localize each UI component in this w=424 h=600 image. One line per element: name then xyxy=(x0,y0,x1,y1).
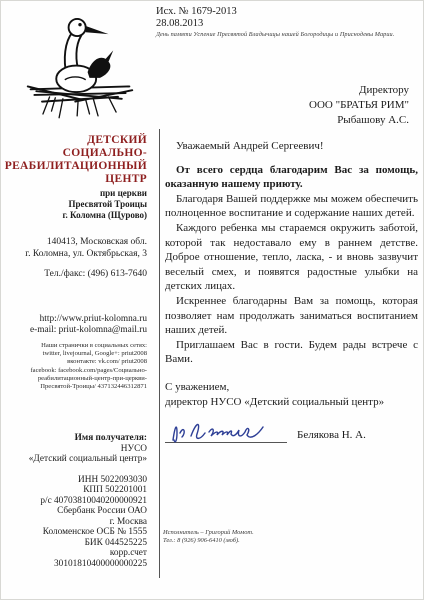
ref-date: 28.08.2013 xyxy=(156,18,237,30)
executor-note: Исполнитель – Григорий Момот. Тел.: 8 (9… xyxy=(163,529,254,546)
paragraph-support: Благодаря Вашей поддержке мы можем обесп… xyxy=(165,192,418,221)
postal-address: 140413, Московская обл. г. Коломна, ул. … xyxy=(1,236,147,260)
sidebar-divider xyxy=(159,129,160,578)
website-url: http://www.priut-kolomna.ru xyxy=(0,314,147,325)
handwritten-signature xyxy=(167,414,287,451)
email-address: e-mail: priut-kolomna@mail.ru xyxy=(0,325,147,336)
recipient-line: Директору xyxy=(309,83,409,98)
paragraph-grateful: Искреннее благодарны Вам за помощь, кото… xyxy=(165,294,418,338)
bank-recipient-label: Имя получателя: xyxy=(0,433,147,444)
recipient-line: Рыбашову А.С. xyxy=(309,113,409,128)
ref-number: Исх. № 1679-2013 xyxy=(156,6,237,18)
social-links: Наши странички в социальных сетях: twitt… xyxy=(0,342,147,391)
church-affiliation: при церкви Пресвятой Троицы г. Коломна (… xyxy=(1,188,147,221)
stork-in-nest-logo-icon xyxy=(23,9,137,123)
paragraph-thanks: От всего сердца благодарим Вас за помощь… xyxy=(165,163,418,192)
paragraph-care: Каждого ребенка мы стараемся окружить за… xyxy=(165,221,418,294)
recipient-line: ООО "БРАТЬЯ РИМ" xyxy=(309,98,409,113)
web-contacts: http://www.priut-kolomna.ru e-mail: priu… xyxy=(0,314,147,337)
org-title: ДЕТСКИЙ СОЦИАЛЬНО- РЕАБИЛИТАЦИОННЫЙ ЦЕНТ… xyxy=(1,134,147,186)
recipient-block: Директору ООО "БРАТЬЯ РИМ" Рыбашову А.С. xyxy=(309,83,409,128)
signature-row: Белякова Н. А. xyxy=(165,418,418,452)
feast-note: День памяти Успение Пресвятой Владычицы … xyxy=(156,31,418,38)
letter-page: Исх. № 1679-2013 28.08.2013 День памяти … xyxy=(0,0,424,600)
letter-body: Уважаемый Андрей Сергеевич! От всего сер… xyxy=(165,139,418,452)
paragraph-invite: Приглашаем Вас в гости. Будем рады встре… xyxy=(165,338,418,367)
phone-fax: Тел./факс: (496) 613-7640 xyxy=(1,269,147,279)
closing-block: С уважением, директор НУСО «Детский соци… xyxy=(165,380,418,410)
bank-details: Имя получателя: НУСО «Детский социальный… xyxy=(0,433,147,569)
ref-block: Исх. № 1679-2013 28.08.2013 xyxy=(156,6,237,31)
signer-name: Белякова Н. А. xyxy=(297,428,366,443)
salutation: Уважаемый Андрей Сергеевич! xyxy=(165,139,418,154)
